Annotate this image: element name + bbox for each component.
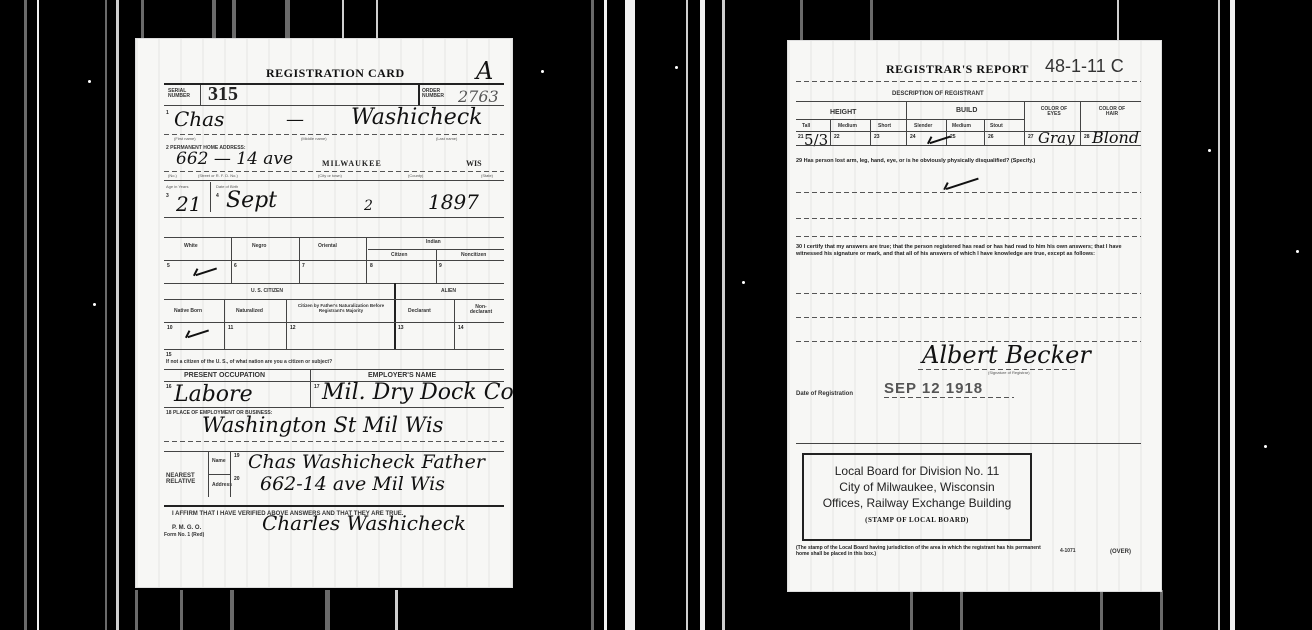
registrars-report-back: REGISTRAR'S REPORT 48-1-11 C DESCRIPTION… [787,40,1162,592]
birth-year: 1897 [428,192,479,212]
age-value: 21 [176,194,201,214]
local-board-stamp: Local Board for Division No. 11 City of … [802,453,1032,541]
serial-number: 315 [208,84,238,104]
eye-color-value: Gray [1038,131,1075,146]
native-born-check [185,322,209,338]
order-number: 2763 [458,89,499,105]
home-city: MILWAUKEE [322,160,382,168]
first-name: Chas [174,109,224,129]
birth-month: Sept [226,190,277,212]
registrar-signature: Albert Becker [922,343,1091,367]
serial-label: SERIAL NUMBER [168,89,198,99]
registration-card-front: REGISTRATION CARD A SERIAL NUMBER 315 OR… [135,38,513,588]
registrant-signature: Charles Washicheck [262,513,466,533]
order-label: ORDER NUMBER [422,89,452,99]
relative-address: 662-14 ave Mil Wis [260,475,445,494]
hair-color-value: Blond [1092,130,1139,146]
home-street: 662 — 14 ave [176,151,293,168]
q29-check [943,170,978,190]
home-state: WIS [466,160,482,168]
order-annotation: A [476,59,493,83]
employer-value: Mil. Dry Dock Co [322,382,514,404]
registration-date-stamp: SEP 12 1918 [884,381,983,396]
last-name: Washicheck [351,107,482,129]
occupation-value: Labore [174,384,253,406]
birth-day: 2 [364,199,373,213]
middle-name: — [286,111,304,129]
relative-name: Chas Washicheck Father [248,453,485,472]
employment-place-value: Washington St Mil Wis [202,415,443,436]
race-white-check [193,260,217,276]
report-title: REGISTRAR'S REPORT [886,63,1029,75]
card-title: REGISTRATION CARD [266,67,405,79]
report-code: 48-1-11 C [1045,57,1124,75]
